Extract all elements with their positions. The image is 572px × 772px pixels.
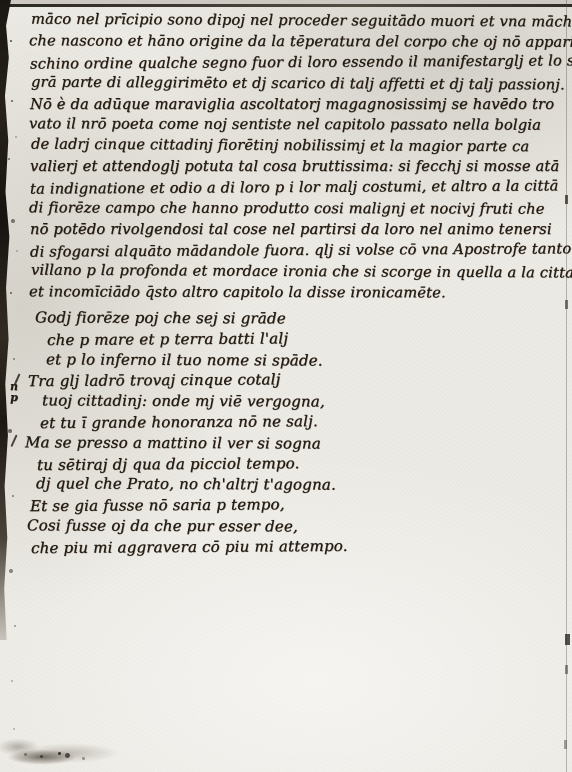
prose-line: che nascono et hāno origine da la tēpera… [29,31,563,53]
gutter-speckles [10,40,12,42]
ink-smudge-dots [58,752,61,755]
verse-line: Ma se presso a mattino il ver si sogna [25,432,348,454]
page-right-edge-line [566,0,567,772]
prose-line: di sfogarsi alquāto mādandole fuora. qlj… [30,239,564,263]
verse-line: et tu ī grande honoranza nō ne salj. [40,411,348,434]
prose-line: grā parte di alleggirimēto et dj scarico… [31,72,565,96]
manuscript-scan: māco nel prīcipio sono dipoj nel procede… [0,0,572,772]
prose-line: schino ordine qualche segno fuor di loro… [30,51,564,75]
prose-line: Nō è da adūque maraviglia ascoltatorj ma… [30,95,564,116]
prose-line: et incomīciādo q̄sto altro capitolo la d… [29,282,563,304]
verse-line: dj quel che Prato, no ch'altrj t'agogna. [36,474,348,496]
commentary-paragraph: māco nel prīcipio sono dipoj nel procede… [30,11,564,303]
prose-line: villano p la profonda et mordace ironia … [31,260,565,284]
dante-tercets: Godj fiorēze poj che sej si grāde che p … [35,308,348,558]
verse-line: Et se gia fusse nō saria p tempo, [30,494,348,517]
prose-line: māco nel prīcipio sono dipoj nel procede… [31,10,565,34]
right-edge-marks [565,195,568,204]
verse-line: Cosi fusse oj da che pur esser dee, [27,515,348,537]
margin-annotation-bottom: p [7,392,21,403]
verse-line: tuoj cittadinj: onde mj viē vergogna, [42,391,348,413]
verse-line: et p lo inferno il tuo nome si spāde. [46,349,348,371]
verse-line: Tra glj ladrō trovaj cinque cotalj [28,369,348,392]
verse-line: che p mare et p terra batti l'alj [47,328,348,351]
verse-line: che piu mi aggravera cō piu mi attempo. [31,536,348,559]
page-top-edge [0,4,572,7]
prose-line: nō potēdo rivolgendosi tal cose nel part… [30,220,564,241]
prose-line: ta indignatione et odio a di loro p i lo… [30,176,564,200]
prose-line: di fiorēze campo che hanno produtto cosi… [29,198,563,220]
verse-line: Godj fiorēze poj che sej si grāde [35,307,348,329]
prose-line: valierj et attendoglj potuta tal cosa br… [30,157,564,178]
ink-smudge [0,735,160,767]
verse-line: tu sētiraj dj qua da picciol tempo. [37,452,348,475]
prose-line: vato il nrō poeta come noj sentiste nel … [29,115,563,137]
prose-line: de ladrj cinque cittadinj fiorētinj nobi… [31,135,565,159]
